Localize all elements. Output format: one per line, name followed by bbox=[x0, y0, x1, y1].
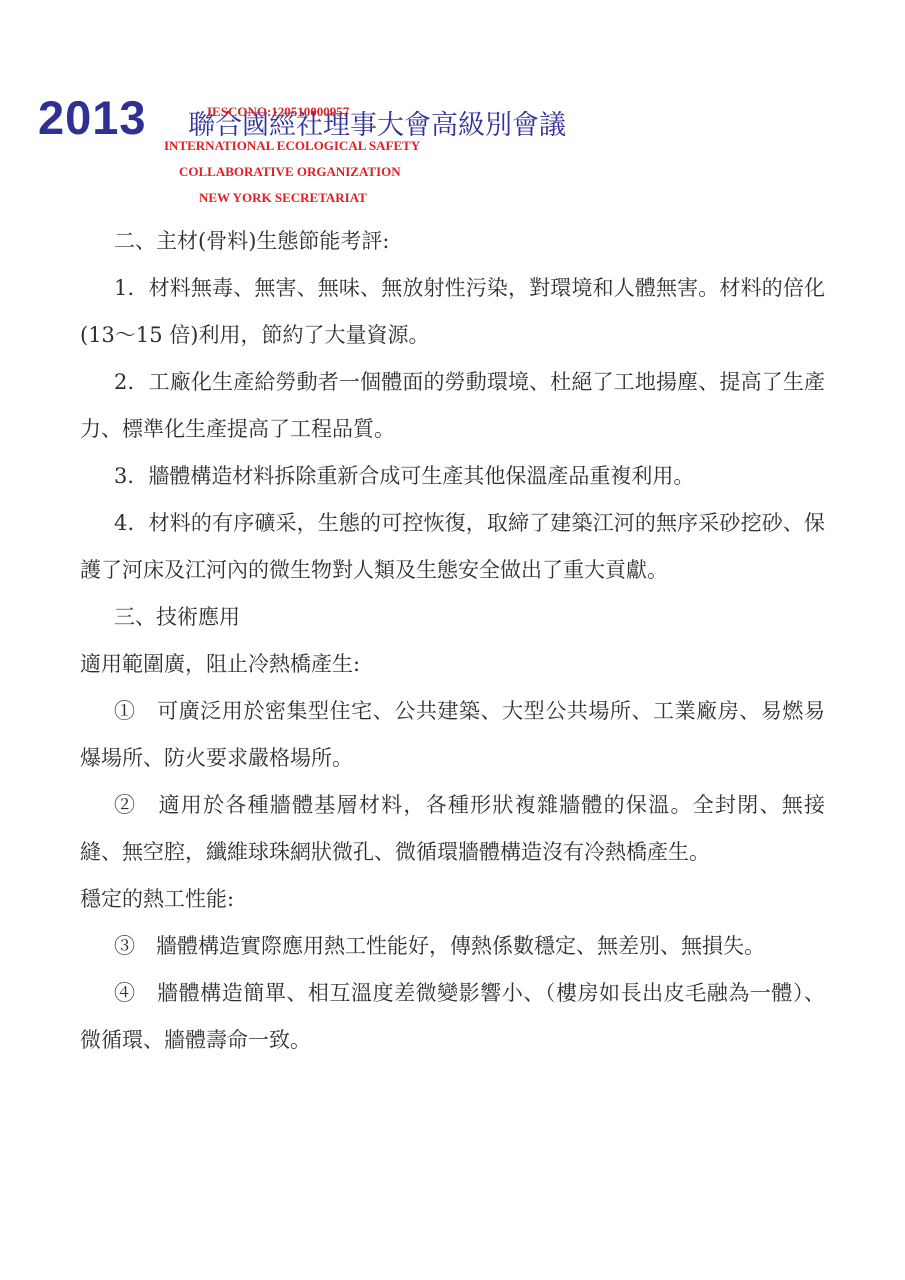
circled-item-1: ① 可廣泛用於密集型住宅、公共建築、大型公共場所、工業廠房、易燃易爆場所、防火要… bbox=[80, 688, 825, 782]
section-heading-tech-application: 三、技術應用 bbox=[80, 594, 825, 641]
section-heading-main-materials: 二、主材(骨料)生態節能考評: bbox=[80, 218, 825, 265]
numbered-paragraph-2: 2．工廠化生產給勞動者一個體面的勞動環境、杜絕了工地揚塵、提高了生產力、標準化生… bbox=[80, 359, 825, 453]
org-name-line-1: INTERNATIONAL ECOLOGICAL SAFETY bbox=[164, 138, 420, 154]
document-body: 二、主材(骨料)生態節能考評: 1．材料無毒、無害、無味、無放射性污染，對環境和… bbox=[80, 218, 825, 1064]
org-name-line-2: COLLABORATIVE ORGANIZATION bbox=[179, 164, 401, 180]
numbered-paragraph-1: 1．材料無毒、無害、無味、無放射性污染，對環境和人體無害。材料的倍化(13～15… bbox=[80, 265, 825, 359]
document-page: 2013 聯合國經社理事大會高級別會議 IESCONO:120510000957… bbox=[0, 0, 905, 1280]
lead-paragraph-applicability: 適用範圍廣，阻止冷熱橋產生: bbox=[80, 641, 825, 688]
lead-paragraph-thermal: 穩定的熱工性能: bbox=[80, 876, 825, 923]
circled-item-2: ② 適用於各種牆體基層材料，各種形狀複雜牆體的保溫。全封閉、無接縫、無空腔，纖維… bbox=[80, 782, 825, 876]
org-registration-number: IESCONO:120510000957 bbox=[207, 104, 349, 120]
letterhead-year: 2013 bbox=[38, 94, 147, 141]
circled-item-3: ③ 牆體構造實際應用熱工性能好，傳熱係數穩定、無差別、無損失。 bbox=[80, 923, 825, 970]
circled-item-4: ④ 牆體構造簡單、相互溫度差微變影響小、（樓房如長出皮毛融為一體）、微循環、牆體… bbox=[80, 970, 825, 1064]
numbered-paragraph-3: 3．牆體構造材料拆除重新合成可生產其他保溫產品重複利用。 bbox=[80, 453, 825, 500]
letterhead: 2013 聯合國經社理事大會高級別會議 IESCONO:120510000957… bbox=[0, 0, 905, 218]
numbered-paragraph-4: 4．材料的有序礦采，生態的可控恢復，取締了建築江河的無序采砂挖砂、保護了河床及江… bbox=[80, 500, 825, 594]
org-name-line-3: NEW YORK SECRETARIAT bbox=[199, 190, 367, 206]
